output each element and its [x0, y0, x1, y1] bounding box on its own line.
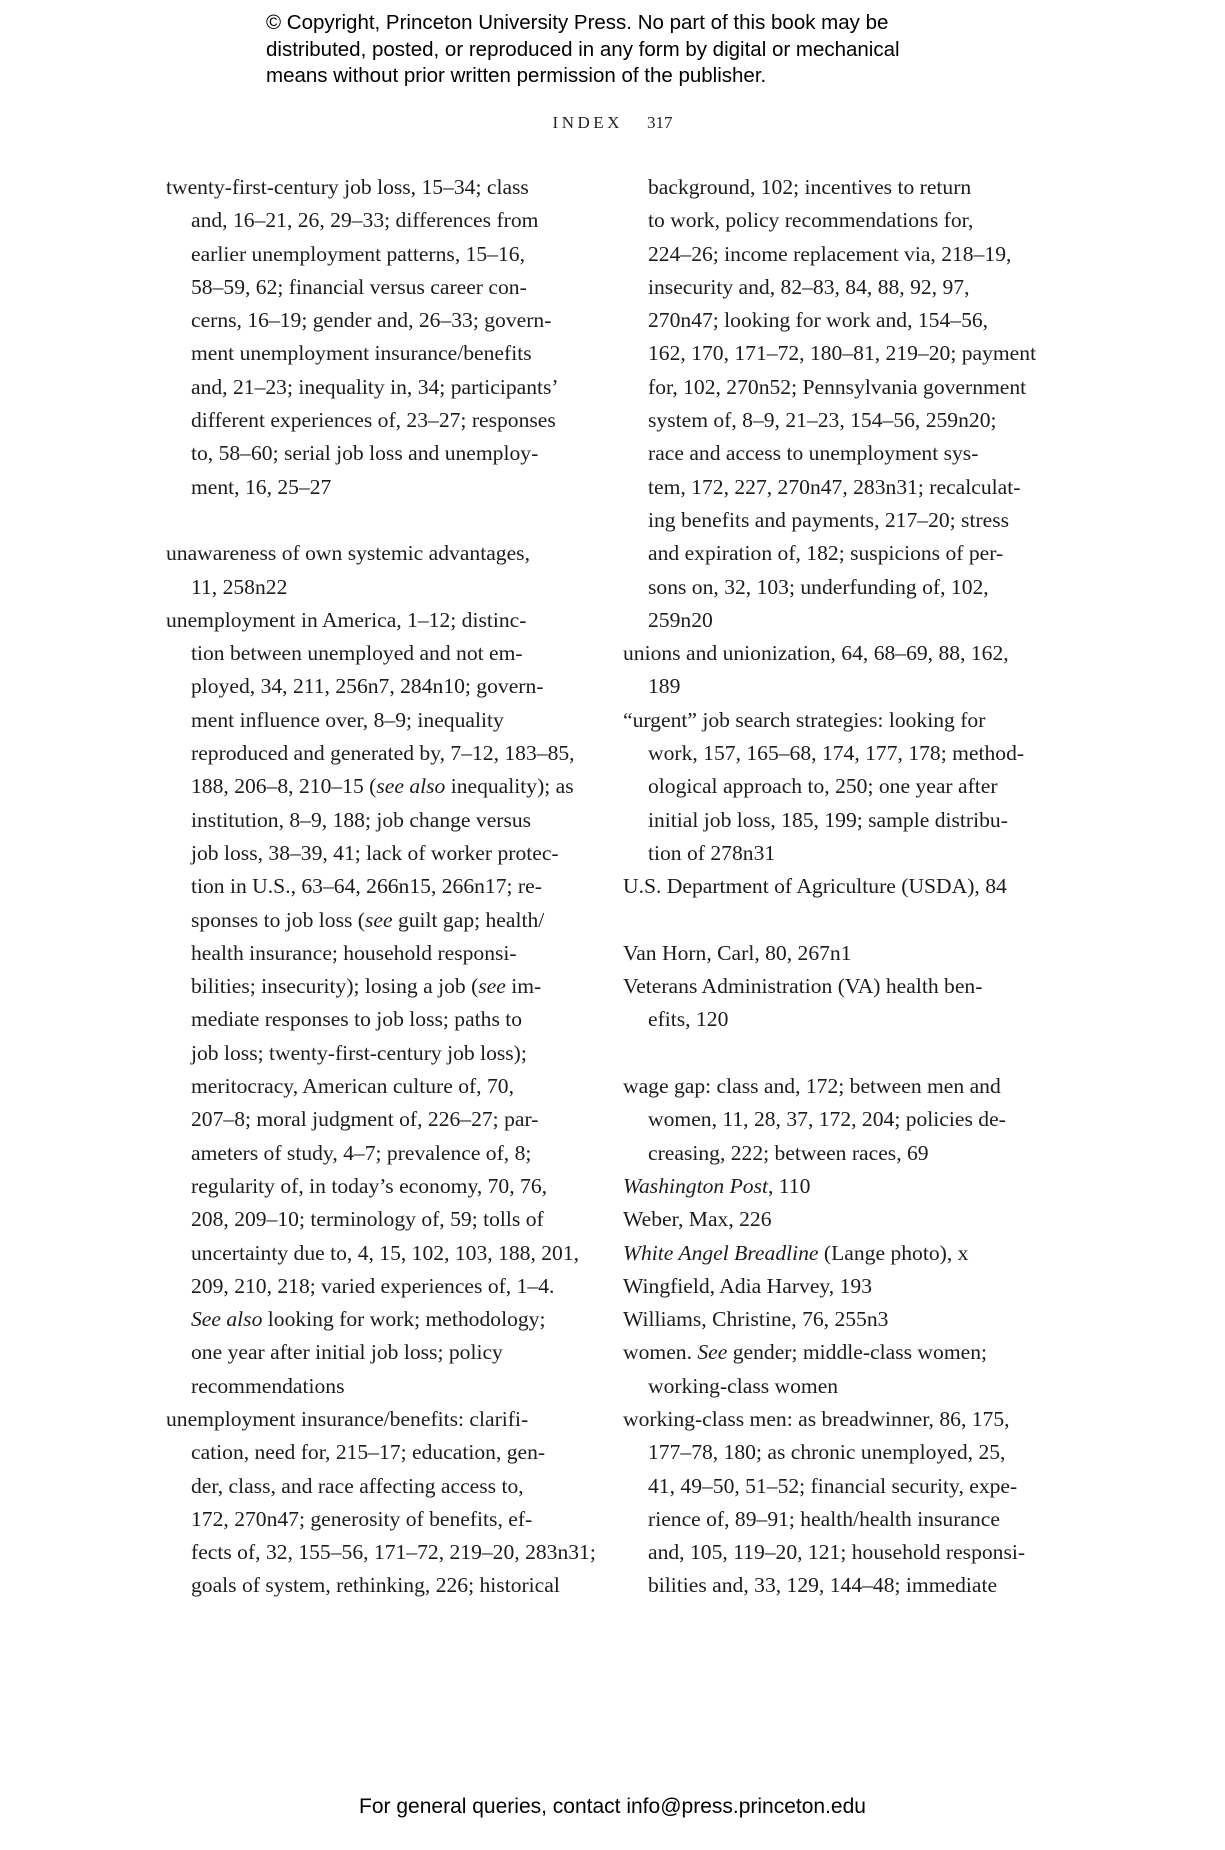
index-entry-continuation: work, 157, 165–68, 174, 177, 178; method… — [623, 737, 1043, 770]
italic-text: see — [365, 908, 393, 932]
index-entry-continuation: creasing, 222; between races, 69 — [623, 1137, 1043, 1170]
entry-spacer — [166, 504, 606, 537]
entry-text: der, class, and race affecting access to… — [191, 1474, 524, 1498]
entry-text: 41, 49–50, 51–52; financial security, ex… — [648, 1474, 1017, 1498]
index-entry-continuation: 41, 49–50, 51–52; financial security, ex… — [623, 1470, 1043, 1503]
index-entry-continuation: 58–59, 62; financial versus career con- — [166, 271, 606, 304]
entry-text: 11, 258n22 — [191, 575, 287, 599]
index-entry-continuation: der, class, and race affecting access to… — [166, 1470, 606, 1503]
index-entry: unawareness of own systemic advantages, — [166, 537, 606, 570]
index-column-right: background, 102; incentives to returnto … — [623, 171, 1043, 1603]
index-entry-continuation: bilities and, 33, 129, 144–48; immediate — [623, 1569, 1043, 1602]
entry-text: ameters of study, 4–7; prevalence of, 8; — [191, 1141, 531, 1165]
italic-text: see — [478, 974, 506, 998]
index-entry-continuation: ployed, 34, 211, 256n7, 284n10; govern- — [166, 670, 606, 703]
index-entry-continuation: to work, policy recommendations for, — [623, 204, 1043, 237]
index-entry-continuation: ological approach to, 250; one year afte… — [623, 770, 1043, 803]
index-entry-continuation: 11, 258n22 — [166, 571, 606, 604]
entry-text: inequality); as — [445, 774, 573, 798]
entry-text: tion in U.S., 63–64, 266n15, 266n17; re- — [191, 874, 542, 898]
index-entry-continuation: to, 58–60; serial job loss and unemploy- — [166, 437, 606, 470]
index-entry-continuation: mediate responses to job loss; paths to — [166, 1003, 606, 1036]
entry-text: guilt gap; health/ — [393, 908, 545, 932]
index-entry: unions and unionization, 64, 68–69, 88, … — [623, 637, 1043, 670]
index-entry-continuation: and, 21–23; inequality in, 34; participa… — [166, 371, 606, 404]
italic-text: White Angel Breadline — [623, 1241, 819, 1265]
index-entry-continuation: recommendations — [166, 1370, 606, 1403]
entry-text: for, 102, 270n52; Pennsylvania governmen… — [648, 375, 1026, 399]
index-entry-continuation: meritocracy, American culture of, 70, — [166, 1070, 606, 1103]
entry-text: unions and unionization, 64, 68–69, 88, … — [623, 641, 1009, 665]
copyright-line: © Copyright, Princeton University Press.… — [266, 10, 986, 37]
entry-text: looking for work; methodology; — [262, 1307, 545, 1331]
index-entry-continuation: cation, need for, 215–17; education, gen… — [166, 1436, 606, 1469]
index-entry: Wingfield, Adia Harvey, 193 — [623, 1270, 1043, 1303]
index-entry-continuation: background, 102; incentives to return — [623, 171, 1043, 204]
italic-text: See — [697, 1340, 727, 1364]
index-entry-continuation: tem, 172, 227, 270n47, 283n31; recalcula… — [623, 471, 1043, 504]
index-entry: Van Horn, Carl, 80, 267n1 — [623, 937, 1043, 970]
entry-text: background, 102; incentives to return — [648, 175, 971, 199]
entry-text: uncertainty due to, 4, 15, 102, 103, 188… — [191, 1241, 579, 1265]
index-entry-continuation: tion of 278n31 — [623, 837, 1043, 870]
entry-text: cerns, 16–19; gender and, 26–33; govern- — [191, 308, 551, 332]
entry-text: and expiration of, 182; suspicions of pe… — [648, 541, 1003, 565]
index-entry-continuation: fects of, 32, 155–56, 171–72, 219–20, 28… — [166, 1536, 606, 1569]
index-entry-continuation: institution, 8–9, 188; job change versus — [166, 804, 606, 837]
entry-text: im- — [506, 974, 541, 998]
index-entry-continuation: job loss, 38–39, 41; lack of worker prot… — [166, 837, 606, 870]
index-entry-continuation: 259n20 — [623, 604, 1043, 637]
entry-text: tion of 278n31 — [648, 841, 775, 865]
entry-text: 270n47; looking for work and, 154–56, — [648, 308, 988, 332]
index-entry-continuation: 224–26; income replacement via, 218–19, — [623, 238, 1043, 271]
entry-text: Van Horn, Carl, 80, 267n1 — [623, 941, 852, 965]
entry-text: 58–59, 62; financial versus career con- — [191, 275, 527, 299]
entry-text: ment unemployment insurance/benefits — [191, 341, 532, 365]
index-entry-continuation: efits, 120 — [623, 1003, 1043, 1036]
index-entry-continuation: uncertainty due to, 4, 15, 102, 103, 188… — [166, 1237, 606, 1270]
index-entry-continuation: working-class women — [623, 1370, 1043, 1403]
index-entry-continuation: insecurity and, 82–83, 84, 88, 92, 97, — [623, 271, 1043, 304]
index-entry-continuation: and, 16–21, 26, 29–33; differences from — [166, 204, 606, 237]
entry-text: efits, 120 — [648, 1007, 728, 1031]
index-entry-continuation: 188, 206–8, 210–15 (see also inequality)… — [166, 770, 606, 803]
entry-text: work, 157, 165–68, 174, 177, 178; method… — [648, 741, 1024, 765]
entry-text: race and access to unemployment sys- — [648, 441, 978, 465]
index-entry-continuation: sponses to job loss (see guilt gap; heal… — [166, 904, 606, 937]
entry-text: ological approach to, 250; one year afte… — [648, 774, 998, 798]
index-entry-continuation: rience of, 89–91; health/health insuranc… — [623, 1503, 1043, 1536]
entry-text: initial job loss, 185, 199; sample distr… — [648, 808, 1008, 832]
index-entry: wage gap: class and, 172; between men an… — [623, 1070, 1043, 1103]
index-entry-continuation: and expiration of, 182; suspicions of pe… — [623, 537, 1043, 570]
index-entry-continuation: tion in U.S., 63–64, 266n15, 266n17; re- — [166, 870, 606, 903]
copyright-line: means without prior written permission o… — [266, 63, 986, 90]
entry-text: ing benefits and payments, 217–20; stres… — [648, 508, 1009, 532]
entry-text: bilities and, 33, 129, 144–48; immediate — [648, 1573, 997, 1597]
entry-text: 224–26; income replacement via, 218–19, — [648, 242, 1011, 266]
entry-text: 188, 206–8, 210–15 ( — [191, 774, 376, 798]
index-entry-continuation: tion between unemployed and not em- — [166, 637, 606, 670]
entry-text: sons on, 32, 103; underfunding of, 102, — [648, 575, 989, 599]
index-entry: Veterans Administration (VA) health ben- — [623, 970, 1043, 1003]
entry-text: sponses to job loss ( — [191, 908, 365, 932]
running-head: INDEX317 — [0, 113, 1225, 133]
entry-text: tem, 172, 227, 270n47, 283n31; recalcula… — [648, 475, 1020, 499]
entry-text: gender; middle-class women; — [727, 1340, 987, 1364]
footer-contact: For general queries, contact info@press.… — [0, 1795, 1225, 1819]
entry-spacer — [623, 1037, 1043, 1070]
entry-text: women. — [623, 1340, 697, 1364]
entry-text: health insurance; household responsi- — [191, 941, 517, 965]
entry-text: earlier unemployment patterns, 15–16, — [191, 242, 525, 266]
entry-text: ployed, 34, 211, 256n7, 284n10; govern- — [191, 674, 543, 698]
entry-text: job loss, 38–39, 41; lack of worker prot… — [191, 841, 559, 865]
entry-text: 172, 270n47; generosity of benefits, ef- — [191, 1507, 532, 1531]
italic-text: Washington Post — [623, 1174, 768, 1198]
index-entry-continuation: ameters of study, 4–7; prevalence of, 8; — [166, 1137, 606, 1170]
index-entry-continuation: 177–78, 180; as chronic unemployed, 25, — [623, 1436, 1043, 1469]
index-entry-continuation: ing benefits and payments, 217–20; stres… — [623, 504, 1043, 537]
copyright-notice: © Copyright, Princeton University Press.… — [266, 10, 986, 90]
entry-text: recommendations — [191, 1374, 345, 1398]
index-entry: women. See gender; middle-class women; — [623, 1336, 1043, 1369]
entry-text: working-class men: as breadwinner, 86, 1… — [623, 1407, 1010, 1431]
italic-text: See also — [191, 1307, 262, 1331]
entry-text: unemployment insurance/benefits: clarifi… — [166, 1407, 528, 1431]
index-entry-continuation: sons on, 32, 103; underfunding of, 102, — [623, 571, 1043, 604]
index-entry-continuation: job loss; twenty-first-century job loss)… — [166, 1037, 606, 1070]
index-entry-continuation: ment influence over, 8–9; inequality — [166, 704, 606, 737]
entry-text: U.S. Department of Agriculture (USDA), 8… — [623, 874, 1007, 898]
index-entry: “urgent” job search strategies: looking … — [623, 704, 1043, 737]
index-entry-continuation: initial job loss, 185, 199; sample distr… — [623, 804, 1043, 837]
index-entry-continuation: 207–8; moral judgment of, 226–27; par- — [166, 1103, 606, 1136]
entry-text: to work, policy recommendations for, — [648, 208, 973, 232]
index-entry-continuation: and, 105, 119–20, 121; household respons… — [623, 1536, 1043, 1569]
index-entry-continuation: different experiences of, 23–27; respons… — [166, 404, 606, 437]
index-entry-continuation: cerns, 16–19; gender and, 26–33; govern- — [166, 304, 606, 337]
entry-text: 189 — [648, 674, 680, 698]
entry-text: and, 21–23; inequality in, 34; participa… — [191, 375, 559, 399]
index-entry: Washington Post, 110 — [623, 1170, 1043, 1203]
entry-text: one year after initial job loss; policy — [191, 1340, 503, 1364]
index-entry-continuation: ment unemployment insurance/benefits — [166, 337, 606, 370]
index-column-left: twenty-first-century job loss, 15–34; cl… — [166, 171, 606, 1603]
index-entry-continuation: for, 102, 270n52; Pennsylvania governmen… — [623, 371, 1043, 404]
entry-text: goals of system, rethinking, 226; histor… — [191, 1573, 560, 1597]
entry-text: bilities; insecurity); losing a job ( — [191, 974, 478, 998]
index-entry: U.S. Department of Agriculture (USDA), 8… — [623, 870, 1043, 903]
index-entry-continuation: one year after initial job loss; policy — [166, 1336, 606, 1369]
entry-text: meritocracy, American culture of, 70, — [191, 1074, 514, 1098]
entry-text: 177–78, 180; as chronic unemployed, 25, — [648, 1440, 1005, 1464]
index-entry: twenty-first-century job loss, 15–34; cl… — [166, 171, 606, 204]
index-entry-continuation: reproduced and generated by, 7–12, 183–8… — [166, 737, 606, 770]
entry-text: 162, 170, 171–72, 180–81, 219–20; paymen… — [648, 341, 1036, 365]
entry-text: insecurity and, 82–83, 84, 88, 92, 97, — [648, 275, 969, 299]
index-entry-continuation: 189 — [623, 670, 1043, 703]
entry-text: and, 105, 119–20, 121; household respons… — [648, 1540, 1025, 1564]
entry-text: different experiences of, 23–27; respons… — [191, 408, 556, 432]
index-entry: unemployment in America, 1–12; distinc- — [166, 604, 606, 637]
entry-text: Wingfield, Adia Harvey, 193 — [623, 1274, 872, 1298]
entry-text: ment influence over, 8–9; inequality — [191, 708, 504, 732]
running-head-label: INDEX — [553, 113, 623, 132]
entry-text: mediate responses to job loss; paths to — [191, 1007, 522, 1031]
index-entry: unemployment insurance/benefits: clarifi… — [166, 1403, 606, 1436]
entry-text: 208, 209–10; terminology of, 59; tolls o… — [191, 1207, 544, 1231]
index-entry-continuation: race and access to unemployment sys- — [623, 437, 1043, 470]
entry-text: unawareness of own systemic advantages, — [166, 541, 530, 565]
index-entry: Williams, Christine, 76, 255n3 — [623, 1303, 1043, 1336]
index-entry-continuation: ment, 16, 25–27 — [166, 471, 606, 504]
index-entry-continuation: See also looking for work; methodology; — [166, 1303, 606, 1336]
entry-text: ment, 16, 25–27 — [191, 475, 331, 499]
entry-text: regularity of, in today’s economy, 70, 7… — [191, 1174, 547, 1198]
entry-text: 259n20 — [648, 608, 713, 632]
entry-text: unemployment in America, 1–12; distinc- — [166, 608, 526, 632]
index-entry-continuation: 172, 270n47; generosity of benefits, ef- — [166, 1503, 606, 1536]
page-number: 317 — [647, 113, 673, 132]
entry-text: Williams, Christine, 76, 255n3 — [623, 1307, 888, 1331]
index-entry-continuation: 270n47; looking for work and, 154–56, — [623, 304, 1043, 337]
copyright-line: distributed, posted, or reproduced in an… — [266, 37, 986, 64]
entry-text: job loss; twenty-first-century job loss)… — [191, 1041, 527, 1065]
entry-text: system of, 8–9, 21–23, 154–56, 259n20; — [648, 408, 997, 432]
index-entry-continuation: goals of system, rethinking, 226; histor… — [166, 1569, 606, 1602]
entry-text: Veterans Administration (VA) health ben- — [623, 974, 982, 998]
index-entry-continuation: bilities; insecurity); losing a job (see… — [166, 970, 606, 1003]
index-entry-continuation: 209, 210, 218; varied experiences of, 1–… — [166, 1270, 606, 1303]
index-entry-continuation: 208, 209–10; terminology of, 59; tolls o… — [166, 1203, 606, 1236]
entry-text: , 110 — [768, 1174, 810, 1198]
entry-text: (Lange photo), x — [819, 1241, 969, 1265]
index-entry: Weber, Max, 226 — [623, 1203, 1043, 1236]
index-entry-continuation: earlier unemployment patterns, 15–16, — [166, 238, 606, 271]
index-entry: White Angel Breadline (Lange photo), x — [623, 1237, 1043, 1270]
entry-spacer — [623, 904, 1043, 937]
entry-text: working-class women — [648, 1374, 838, 1398]
entry-text: Weber, Max, 226 — [623, 1207, 772, 1231]
entry-text: 209, 210, 218; varied experiences of, 1–… — [191, 1274, 554, 1298]
entry-text: tion between unemployed and not em- — [191, 641, 523, 665]
index-entry-continuation: women, 11, 28, 37, 172, 204; policies de… — [623, 1103, 1043, 1136]
entry-text: “urgent” job search strategies: looking … — [623, 708, 985, 732]
entry-text: wage gap: class and, 172; between men an… — [623, 1074, 1001, 1098]
entry-text: creasing, 222; between races, 69 — [648, 1141, 929, 1165]
entry-text: to, 58–60; serial job loss and unemploy- — [191, 441, 538, 465]
index-entry-continuation: 162, 170, 171–72, 180–81, 219–20; paymen… — [623, 337, 1043, 370]
entry-text: reproduced and generated by, 7–12, 183–8… — [191, 741, 575, 765]
entry-text: and, 16–21, 26, 29–33; differences from — [191, 208, 538, 232]
entry-text: fects of, 32, 155–56, 171–72, 219–20, 28… — [191, 1540, 596, 1564]
italic-text: see also — [376, 774, 445, 798]
index-entry: working-class men: as breadwinner, 86, 1… — [623, 1403, 1043, 1436]
index-entry-continuation: health insurance; household responsi- — [166, 937, 606, 970]
entry-text: 207–8; moral judgment of, 226–27; par- — [191, 1107, 538, 1131]
entry-text: women, 11, 28, 37, 172, 204; policies de… — [648, 1107, 1006, 1131]
index-entry-continuation: system of, 8–9, 21–23, 154–56, 259n20; — [623, 404, 1043, 437]
entry-text: institution, 8–9, 188; job change versus — [191, 808, 531, 832]
entry-text: rience of, 89–91; health/health insuranc… — [648, 1507, 1000, 1531]
entry-text: cation, need for, 215–17; education, gen… — [191, 1440, 545, 1464]
index-entry-continuation: regularity of, in today’s economy, 70, 7… — [166, 1170, 606, 1203]
entry-text: twenty-first-century job loss, 15–34; cl… — [166, 175, 529, 199]
